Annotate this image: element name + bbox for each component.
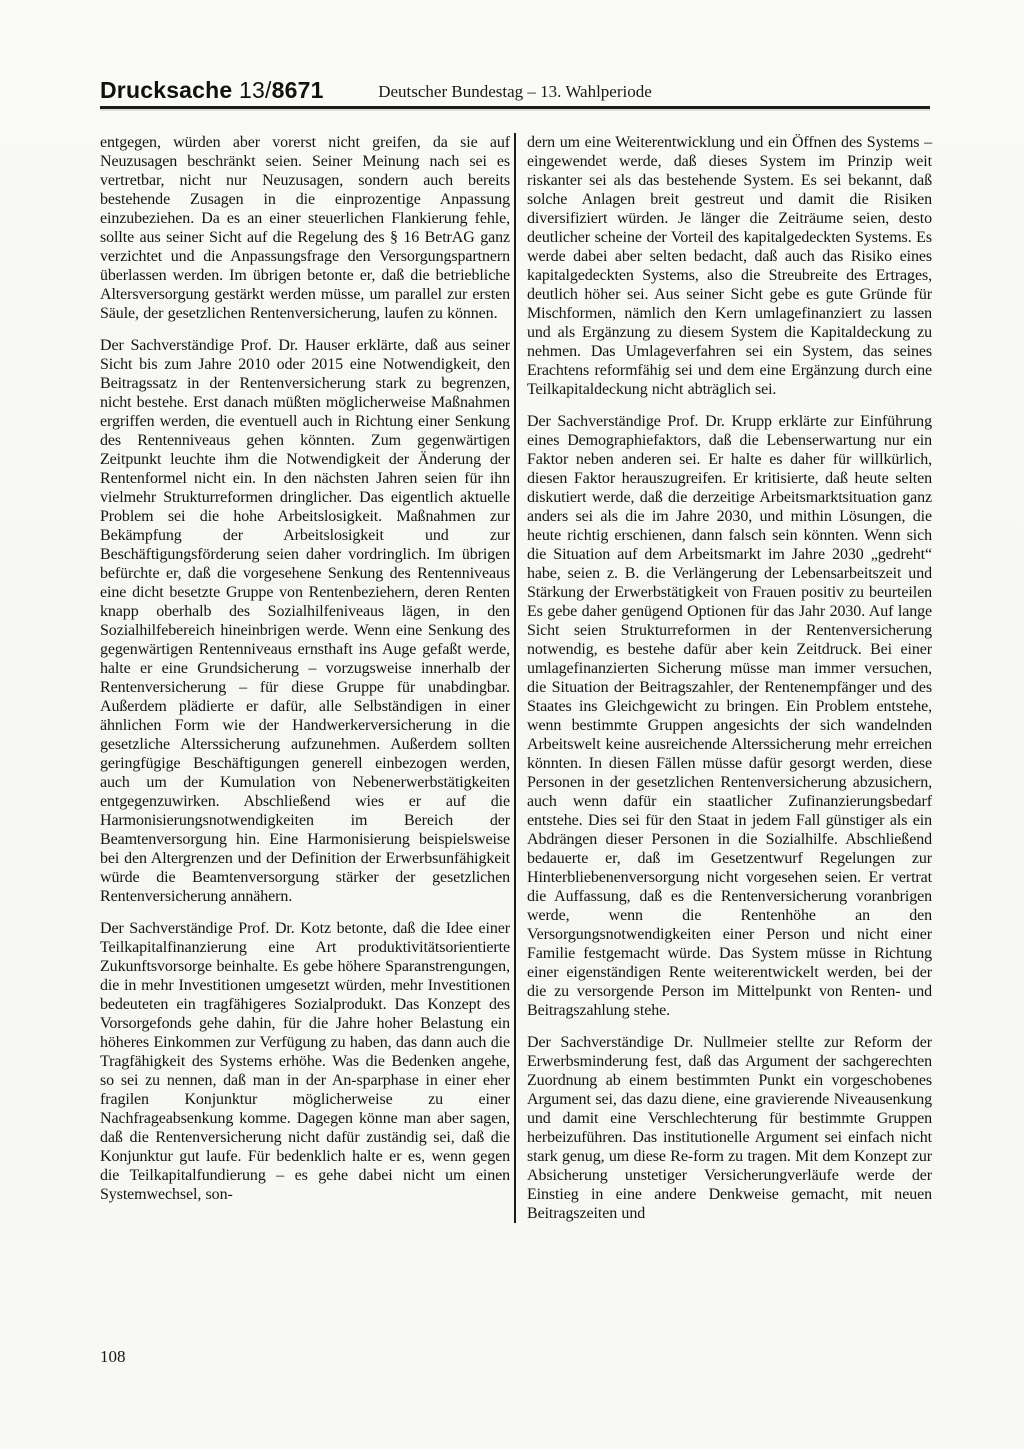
paragraph: entgegen, würden aber vorerst nicht grei…: [100, 133, 510, 323]
document-page: Drucksache 13/8671 Deutscher Bundestag –…: [0, 0, 1024, 1449]
column-divider: [514, 133, 516, 1223]
header-rule: [100, 106, 930, 109]
paragraph: dern um eine Weiterentwicklung und ein Ö…: [527, 133, 932, 399]
paragraph: Der Sachverständige Prof. Dr. Hauser erk…: [100, 336, 510, 906]
paragraph: Der Sachverständige Dr. Nullmeier stellt…: [527, 1033, 932, 1223]
left-column: entgegen, würden aber vorerst nicht grei…: [100, 133, 510, 1223]
header-title: Deutscher Bundestag – 13. Wahlperiode: [100, 82, 930, 102]
paragraph: Der Sachverständige Prof. Dr. Krupp erkl…: [527, 412, 932, 1020]
page-header: Drucksache 13/8671 Deutscher Bundestag –…: [100, 72, 930, 106]
page-number: 108: [100, 1347, 126, 1367]
right-column: dern um eine Weiterentwicklung und ein Ö…: [527, 133, 932, 1223]
content-columns: entgegen, würden aber vorerst nicht grei…: [100, 133, 932, 1223]
paragraph: Der Sachverständige Prof. Dr. Kotz beton…: [100, 919, 510, 1204]
